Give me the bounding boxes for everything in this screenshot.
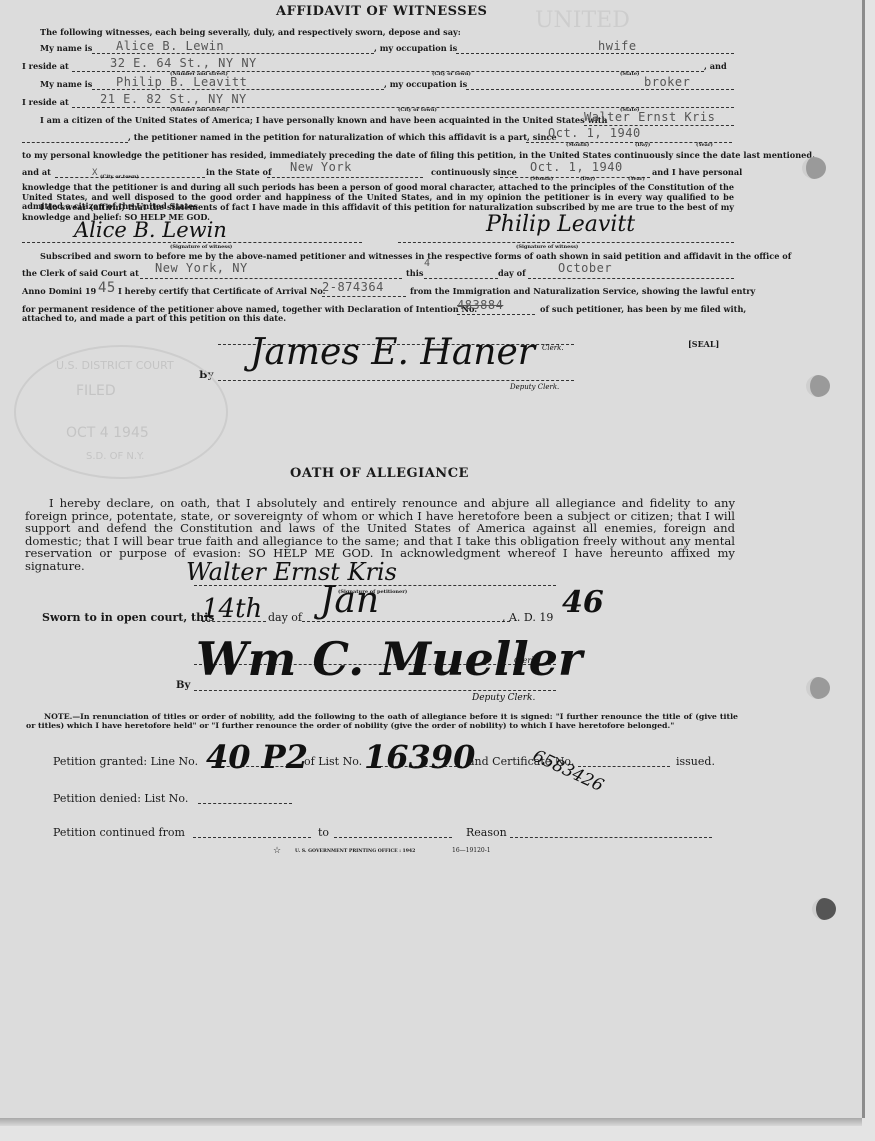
- seal-label: [SEAL]: [688, 339, 719, 349]
- witness2-occupation: broker: [644, 75, 690, 89]
- year-value: 45: [98, 280, 116, 296]
- continued-to-line: [334, 827, 452, 838]
- oath-by-label: By: [176, 680, 190, 691]
- witness2-name: Philip B. Leavitt: [116, 75, 247, 89]
- label-reside-1: I reside at: [22, 61, 69, 71]
- denied-list-line: [198, 793, 292, 804]
- sworn-label: Sworn to in open court, this: [42, 611, 215, 624]
- attached-text: attached to, and made a part of this pet…: [22, 313, 286, 323]
- signature-caption-1: (Signature of witness): [170, 244, 232, 250]
- filed-text: of such petitioner, has been by me filed…: [540, 304, 746, 314]
- signature-line-1: [22, 232, 362, 243]
- document-page: UNITED AFFIDAVIT OF WITNESSES The follow…: [0, 0, 865, 1118]
- nobility-note: NOTE.—In renunciation of titles or order…: [26, 712, 738, 730]
- occupation-line-2: [466, 79, 734, 90]
- signature-caption-2: (Signature of witness): [516, 244, 578, 250]
- petitioner-line-cont: [22, 132, 128, 143]
- petitioner-text: , the petitioner named in the petition f…: [128, 132, 557, 142]
- city-value: X: [92, 168, 98, 178]
- label-reside-2: I reside at: [22, 97, 69, 107]
- label-this: this: [406, 268, 423, 278]
- caption-day: (Day): [635, 142, 650, 148]
- filed-stamp: U.S. DISTRICT COURT FILED OCT 4 1945 S.D…: [14, 345, 228, 479]
- issued-label: issued.: [676, 755, 715, 768]
- of-list-label: of List No.: [304, 755, 362, 768]
- affidavit-title: AFFIDAVIT OF WITNESSES: [276, 4, 487, 19]
- punch-hole-icon: [806, 677, 830, 699]
- label-occupation-2: , my occupation is: [384, 79, 467, 89]
- witness2-address: 21 E. 82 St., NY NY: [100, 92, 247, 106]
- reason-line: [510, 827, 712, 838]
- state-value: New York: [290, 160, 352, 174]
- witness1-address: 32 E. 64 St., NY NY: [110, 56, 257, 70]
- caption-city-2: (City or town): [398, 107, 437, 113]
- punch-hole-icon: [812, 898, 836, 920]
- deputy-clerk-label: Deputy Clerk.: [510, 383, 559, 391]
- oath-clerk-signature: Wm C. Mueller: [196, 632, 582, 686]
- declaration-number: 483884: [457, 298, 503, 312]
- oath-deputy-label: Deputy Clerk.: [472, 693, 535, 703]
- day-line: [424, 268, 498, 279]
- stamp-date: OCT 4 1945: [66, 425, 149, 441]
- to-label: to: [318, 826, 329, 839]
- stamp-line-1: U.S. DISTRICT COURT: [56, 359, 174, 372]
- caption-year: (Year): [696, 142, 713, 148]
- caption-city: (City or town): [432, 71, 471, 77]
- label-my-name-2: My name is: [40, 79, 92, 89]
- continuous-date: Oct. 1, 1940: [530, 160, 623, 174]
- label-clerk-court: the Clerk of said Court at: [22, 268, 139, 278]
- petitioner-name: Walter Ernst Kris: [584, 110, 715, 124]
- subscribed-text: Subscribed and sworn to before me by the…: [40, 251, 791, 261]
- from-ins-text: from the Immigration and Naturalization …: [410, 286, 755, 296]
- resided-text: to my personal knowledge the petitioner …: [22, 150, 815, 160]
- label-personal: and I have personal: [652, 167, 742, 177]
- star-icon: ☆: [273, 846, 281, 856]
- label-day-of: day of: [498, 268, 526, 278]
- witness1-occupation: hwife: [598, 39, 637, 53]
- sworn-day: 14th: [202, 594, 262, 624]
- deputy-clerk-line: [218, 370, 574, 381]
- label-and-at: and at: [22, 167, 51, 177]
- printer-imprint: U. S. GOVERNMENT PRINTING OFFICE : 1942: [295, 849, 415, 854]
- granted-label: Petition granted: Line No.: [53, 755, 198, 768]
- label-my-name-1: My name is: [40, 43, 92, 53]
- label-and: , and: [704, 61, 727, 71]
- sworn-year: 46: [562, 585, 604, 620]
- caption-number-street-2: (Number and street): [170, 107, 228, 113]
- reason-label: Reason: [466, 826, 507, 839]
- certificate-line: [578, 756, 670, 767]
- label-anno-domini: Anno Domini 19: [22, 286, 96, 296]
- continued-from-line: [193, 827, 311, 838]
- label-ad: , A. D. 19: [502, 611, 553, 624]
- known-since-date: Oct. 1, 1940: [548, 126, 641, 140]
- witness1-name: Alice B. Lewin: [116, 39, 224, 53]
- bleedthrough-text: UNITED: [535, 8, 630, 33]
- caption-month: (Month): [566, 142, 589, 148]
- occupation-line-1: [456, 43, 734, 54]
- form-code: 16—19120-1: [452, 847, 491, 854]
- court-location: New York, NY: [155, 261, 248, 275]
- label-day-of-2: day of: [268, 611, 302, 624]
- caption-state: (State): [620, 71, 639, 77]
- citizen-text: I am a citizen of the United States of A…: [40, 115, 607, 125]
- clerk-label: Clerk.: [542, 344, 564, 352]
- denied-label: Petition denied: List No.: [53, 792, 188, 805]
- signature-line-2: [398, 232, 734, 243]
- month-value: October: [558, 261, 612, 275]
- continued-label: Petition continued from: [53, 826, 185, 839]
- caption-city-3: (City or town): [100, 174, 139, 180]
- label-in-state: in the State of: [206, 167, 272, 177]
- label-occupation-1: , my occupation is: [374, 43, 457, 53]
- certify-text: I hereby certify that Certificate of Arr…: [118, 286, 326, 296]
- oath-title: OATH OF ALLEGIANCE: [290, 466, 469, 481]
- oath-deputy-line: [194, 680, 556, 691]
- punch-hole-icon: [802, 157, 826, 179]
- line-number: 40 P2: [206, 738, 308, 776]
- sworn-month: Jan: [320, 580, 379, 621]
- stamp-line-3: S.D. OF N.Y.: [86, 451, 144, 462]
- arrival-number: 2-874364: [322, 280, 384, 294]
- punch-hole-icon: [806, 375, 830, 397]
- stamp-filed: FILED: [76, 383, 116, 399]
- affidavit-intro: The following witnesses, each being seve…: [40, 27, 461, 37]
- list-number: 16390: [364, 738, 475, 776]
- certificate-number: 6583426: [530, 746, 607, 796]
- day-value: 4: [424, 258, 431, 269]
- clerk-signature: James E. Haner: [250, 332, 535, 373]
